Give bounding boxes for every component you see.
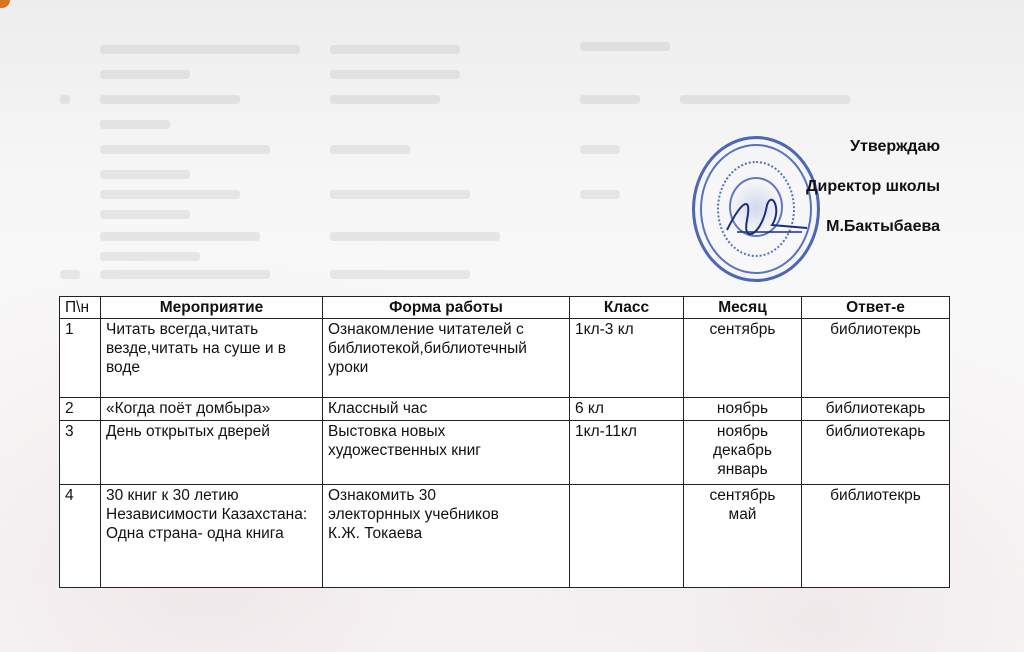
approval-signatory: М.Бактыбаева (806, 216, 940, 256)
approval-position: Директор школы (806, 176, 940, 216)
approval-block: Утверждаю Директор школы М.Бактыбаева (806, 136, 940, 256)
cell-number: 2 (60, 398, 101, 421)
header-number: П\н (60, 297, 101, 319)
cell-month: ноябрь (684, 398, 802, 421)
table-header-row: П\н Мероприятие Форма работы Класс Месяц… (60, 297, 950, 319)
signature-icon (722, 190, 812, 240)
cell-form: Ознакомить 30 электорнных учебников К.Ж.… (323, 485, 570, 588)
header-event: Мероприятие (101, 297, 323, 319)
cell-responsible: библиотекрь (802, 319, 950, 398)
approval-title: Утверждаю (806, 136, 940, 176)
cell-number: 4 (60, 485, 101, 588)
cell-event: «Когда поёт домбыра» (101, 398, 323, 421)
cell-class (570, 485, 684, 588)
header-responsible: Ответ-е (802, 297, 950, 319)
table-row: 1 Читать всегда,читать везде,читать на с… (60, 319, 950, 398)
header-class: Класс (570, 297, 684, 319)
table-row: 2 «Когда поёт домбыра» Классный час 6 кл… (60, 398, 950, 421)
header-month: Месяц (684, 297, 802, 319)
cell-event: День открытых дверей (101, 421, 323, 485)
header-form: Форма работы (323, 297, 570, 319)
cell-class: 1кл-11кл (570, 421, 684, 485)
cell-class: 1кл-3 кл (570, 319, 684, 398)
cell-month: сентябрь (684, 319, 802, 398)
cell-event: 30 книг к 30 летию Независимости Казахст… (101, 485, 323, 588)
cell-form: Классный час (323, 398, 570, 421)
table-row: 3 День открытых дверей Выстовка новых ху… (60, 421, 950, 485)
cell-number: 3 (60, 421, 101, 485)
table-row: 4 30 книг к 30 летию Независимости Казах… (60, 485, 950, 588)
cell-form: Выстовка новых художественных книг (323, 421, 570, 485)
cell-event: Читать всегда,читать везде,читать на суш… (101, 319, 323, 398)
cell-class: 6 кл (570, 398, 684, 421)
cell-number: 1 (60, 319, 101, 398)
events-plan-table: П\н Мероприятие Форма работы Класс Месяц… (59, 296, 950, 588)
cell-month: сентябрь май (684, 485, 802, 588)
cell-form: Ознакомление читателей с библиотекой,биб… (323, 319, 570, 398)
cell-responsible: библиотекрь (802, 485, 950, 588)
cell-month: ноябрь декабрь январь (684, 421, 802, 485)
cell-responsible: библиотекарь (802, 421, 950, 485)
cell-responsible: библиотекарь (802, 398, 950, 421)
